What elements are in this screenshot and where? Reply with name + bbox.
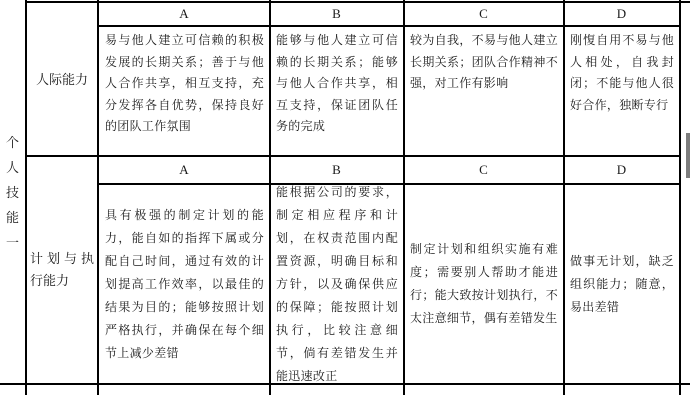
grade-header-d-interpersonal: D [564, 1, 679, 26]
cell-interpersonal-grade-b: 能够与他人建立可信赖的长期关系；能够与他人合作共享，相互支持，保证团队任务的完成 [270, 27, 403, 155]
scrollbar-thumb[interactable] [686, 133, 690, 178]
grade-header-c-planning: C [404, 156, 563, 184]
grid-line-vertical [563, 0, 565, 395]
grid-line-horizontal [97, 183, 681, 185]
grid-line-horizontal [25, 155, 681, 157]
section-side-label: 个人技能一 [6, 130, 20, 255]
row-label-interpersonal: 人际能力 [26, 0, 98, 156]
grade-header-a-planning: A [99, 156, 269, 184]
row-label-planning: 计划与执行能力 [26, 156, 98, 384]
grid-line-horizontal [25, 1, 690, 3]
grid-line-vertical [25, 0, 27, 395]
grade-header-c-interpersonal: C [404, 1, 563, 26]
grid-line-vertical [403, 0, 405, 395]
grid-line-vertical [97, 0, 99, 395]
cell-planning-grade-c: 制定计划和组织实施有难度；需要别人帮助才能进行；能大致按计划执行，不太注意细节，… [404, 185, 563, 383]
grade-header-d-planning: D [564, 156, 679, 184]
grade-header-b-planning: B [270, 156, 403, 184]
grid-line-horizontal [0, 383, 690, 385]
cell-planning-grade-b: 能根据公司的要求，制定相应程序和计划，在权责范围内配置资源，明确目标和方针，以及… [270, 185, 403, 383]
grade-header-b-interpersonal: B [270, 1, 403, 26]
cell-interpersonal-grade-a: 易与他人建立可信赖的积极发展的长期关系；善于与他人合作共享，相互支持，充分发挥各… [99, 27, 269, 155]
grade-header-a-interpersonal: A [99, 1, 269, 26]
section-side-label-cell: 个人技能一 [0, 0, 25, 384]
cell-interpersonal-grade-c: 较为自我，不易与他人建立长期关系；团队合作精神不强，对工作有影响 [404, 27, 563, 155]
grid-line-vertical [269, 0, 271, 395]
cell-planning-grade-a: 具有极强的制定计划的能力，能自如的指挥下属或分配自己时间，通过有效的计划提高工作… [99, 185, 269, 383]
grid-line-vertical [679, 0, 681, 395]
cell-interpersonal-grade-d: 刚愎自用不易与他人相处，自我封闭；不能与他人很好合作，独断专行 [564, 27, 679, 155]
competency-rating-table: 个人技能一 人际能力 计划与执行能力 A B C D 易与他人建立可信赖的积极发… [0, 0, 690, 395]
grid-line-horizontal [97, 25, 681, 27]
cell-planning-grade-d: 做事无计划，缺乏组织能力；随意，易出差错 [564, 185, 679, 383]
